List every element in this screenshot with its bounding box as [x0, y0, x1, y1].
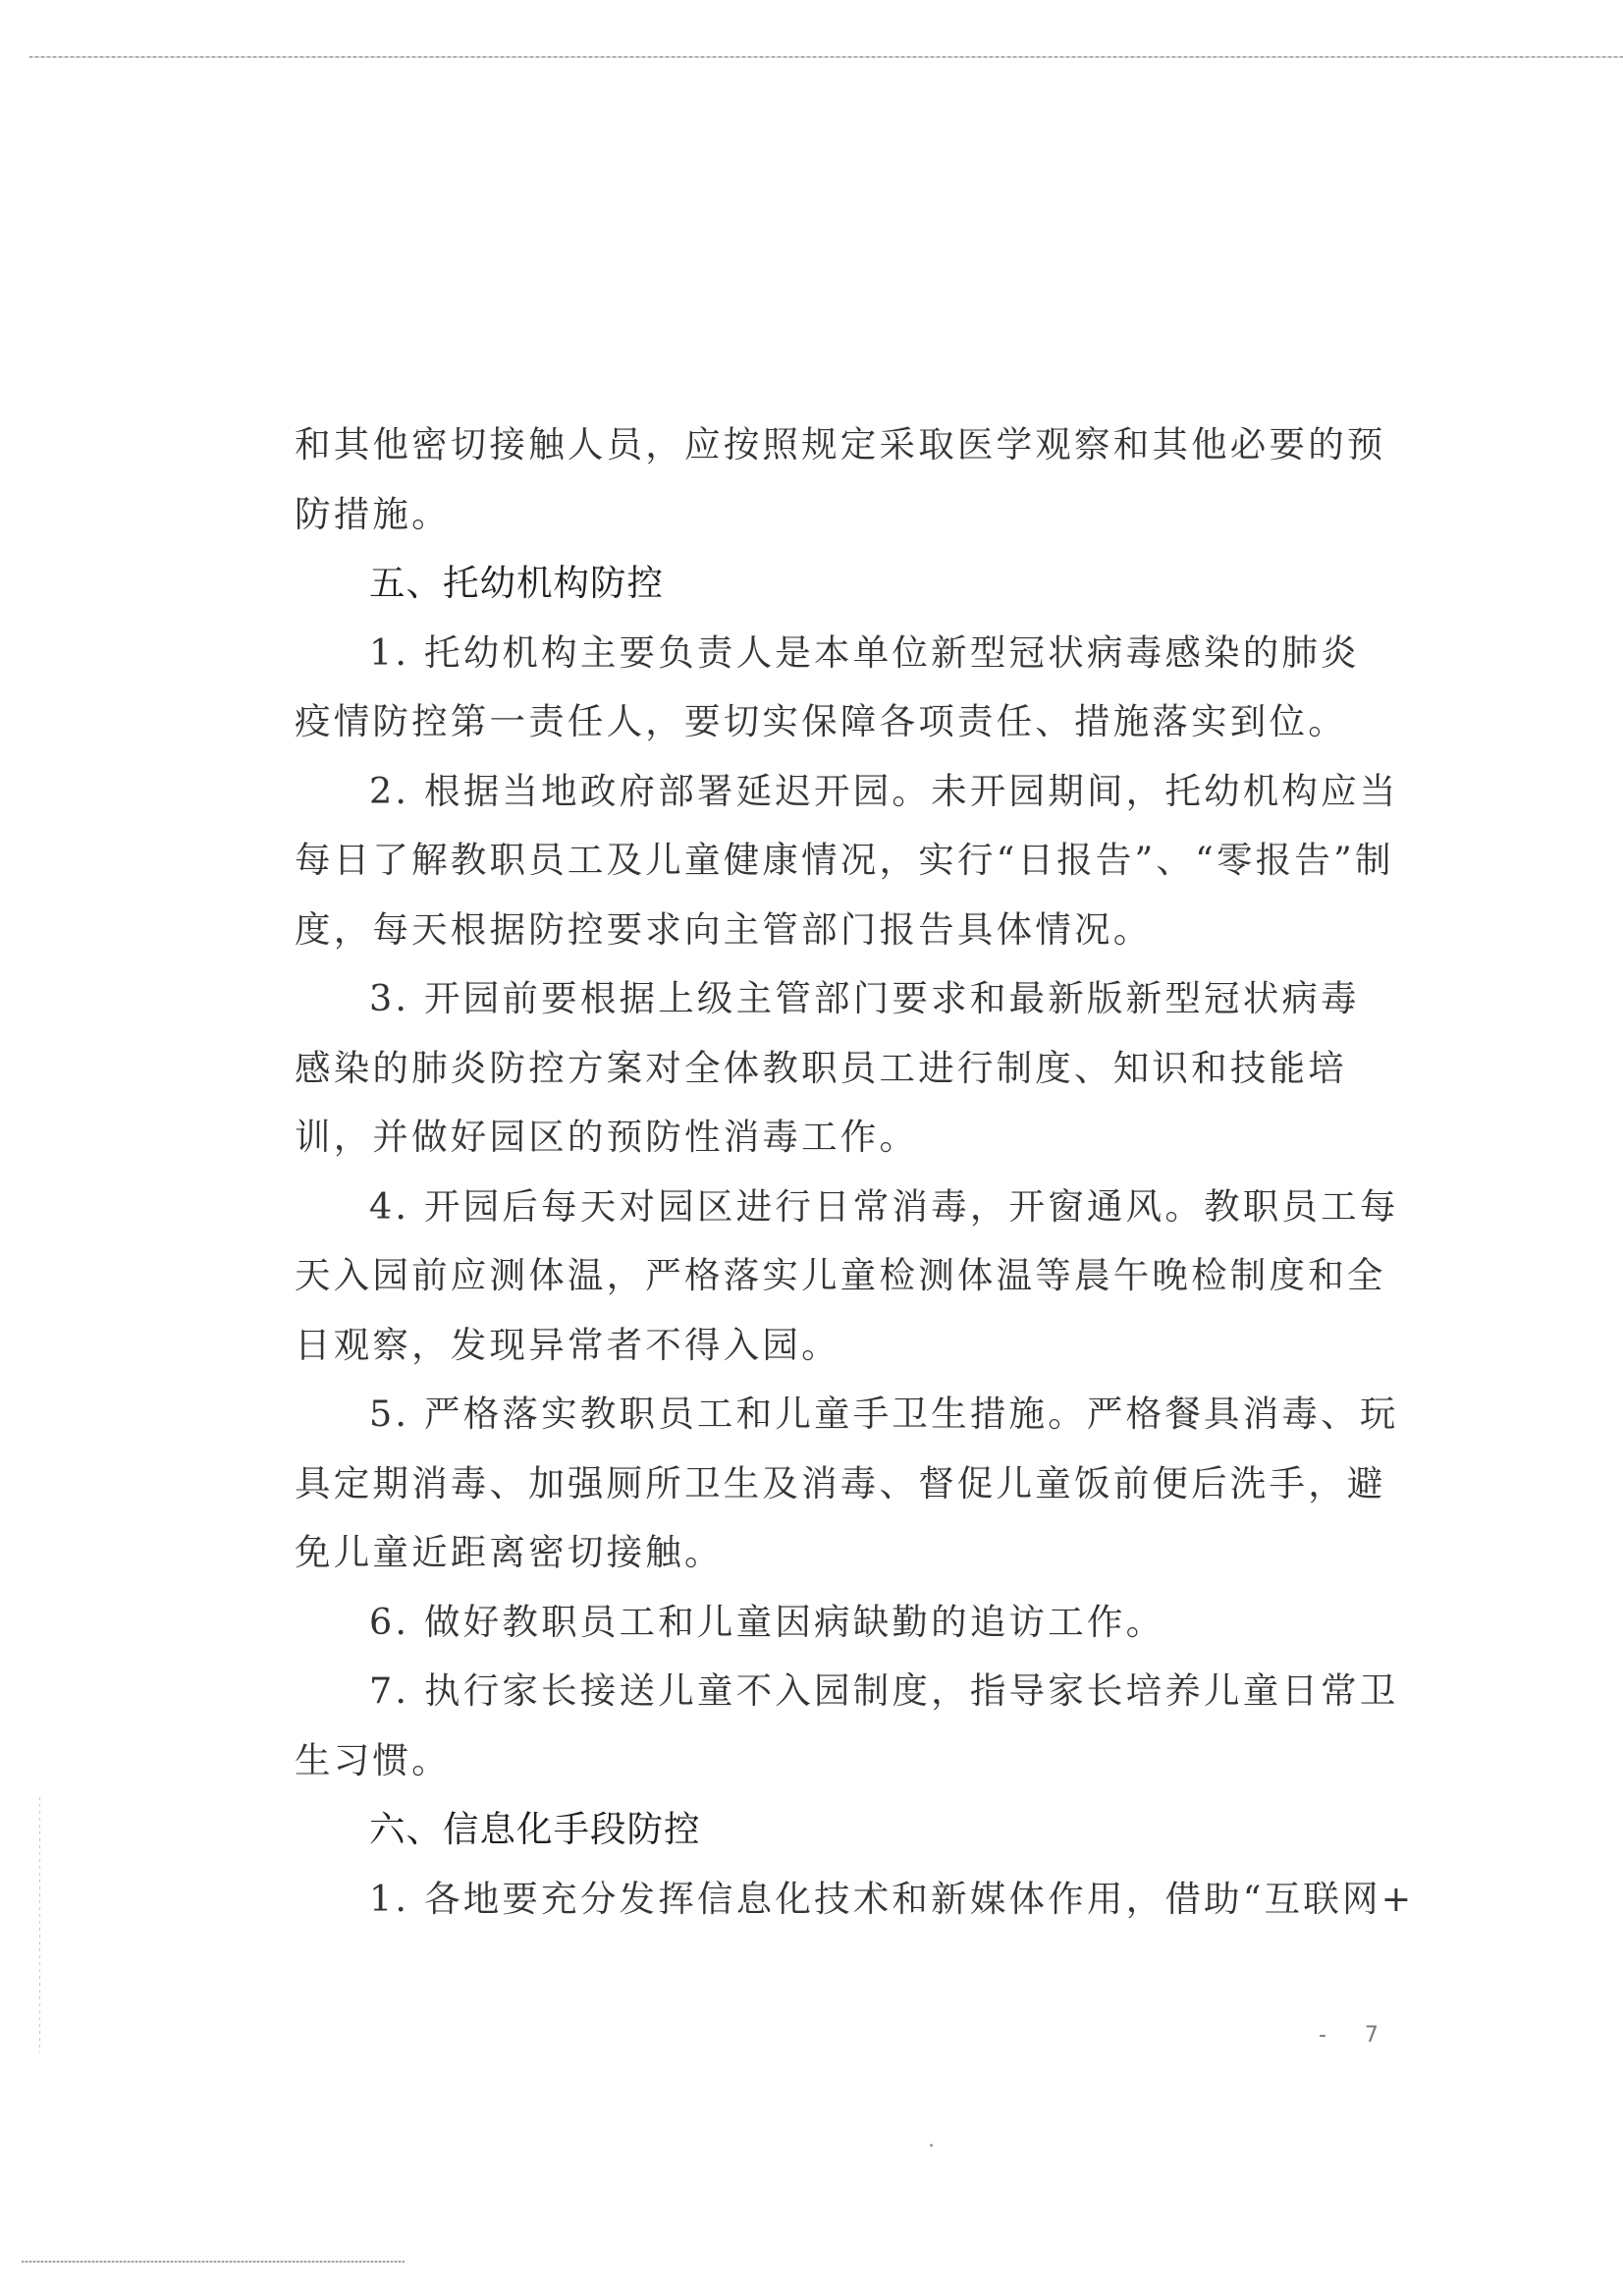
text-line: 和其他密切接触人员，应按照规定采取医学观察和其他必要的预	[295, 410, 1384, 480]
text-line: 生习惯。	[295, 1726, 1384, 1796]
text-line: 3. 开园前要根据上级主管部门要求和最新版新型冠状病毒	[295, 964, 1384, 1034]
text-line: 具定期消毒、加强厕所卫生及消毒、督促儿童饭前便后洗手，避	[295, 1449, 1384, 1519]
text-line: 防措施。	[295, 480, 1384, 550]
section-heading-6: 六、信息化手段防控	[295, 1795, 1384, 1865]
text-line: 5. 严格落实教职员工和儿童手卫生措施。严格餐具消毒、玩	[295, 1380, 1384, 1449]
scan-edge-bottom	[22, 2261, 405, 2263]
section-heading-5: 五、托幼机构防控	[295, 549, 1384, 619]
scan-edge-left	[39, 1797, 40, 2052]
page-number: - 7	[1319, 2023, 1394, 2048]
text-line: 2. 根据当地政府部署延迟开园。未开园期间，托幼机构应当	[295, 757, 1384, 827]
text-line: 1. 各地要充分发挥信息化技术和新媒体作用，借助“互联网+	[295, 1865, 1384, 1935]
text-line: 感染的肺炎防控方案对全体教职员工进行制度、知识和技能培	[295, 1034, 1384, 1104]
text-line: 免儿童近距离密切接触。	[295, 1518, 1384, 1588]
scan-speck	[930, 2144, 933, 2147]
text-line: 度，每天根据防控要求向主管部门报告具体情况。	[295, 896, 1384, 965]
text-line: 1. 托幼机构主要负责人是本单位新型冠状病毒感染的肺炎	[295, 619, 1384, 688]
text-line: 疫情防控第一责任人，要切实保障各项责任、措施落实到位。	[295, 687, 1384, 757]
text-line: 7. 执行家长接送儿童不入园制度，指导家长培养儿童日常卫	[295, 1657, 1384, 1726]
text-line: 日观察，发现异常者不得入园。	[295, 1311, 1384, 1381]
text-line: 天入园前应测体温，严格落实儿童检测体温等晨午晚检制度和全	[295, 1241, 1384, 1311]
text-line: 每日了解教职员工及儿童健康情况，实行“日报告”、“零报告”制	[295, 826, 1384, 896]
document-body: 和其他密切接触人员，应按照规定采取医学观察和其他必要的预 防措施。 五、托幼机构…	[295, 410, 1384, 1934]
scan-edge-top	[29, 56, 1623, 58]
text-line: 6. 做好教职员工和儿童因病缺勤的追访工作。	[295, 1588, 1384, 1658]
text-line: 4. 开园后每天对园区进行日常消毒，开窗通风。教职员工每	[295, 1173, 1384, 1242]
text-line: 训，并做好园区的预防性消毒工作。	[295, 1103, 1384, 1173]
